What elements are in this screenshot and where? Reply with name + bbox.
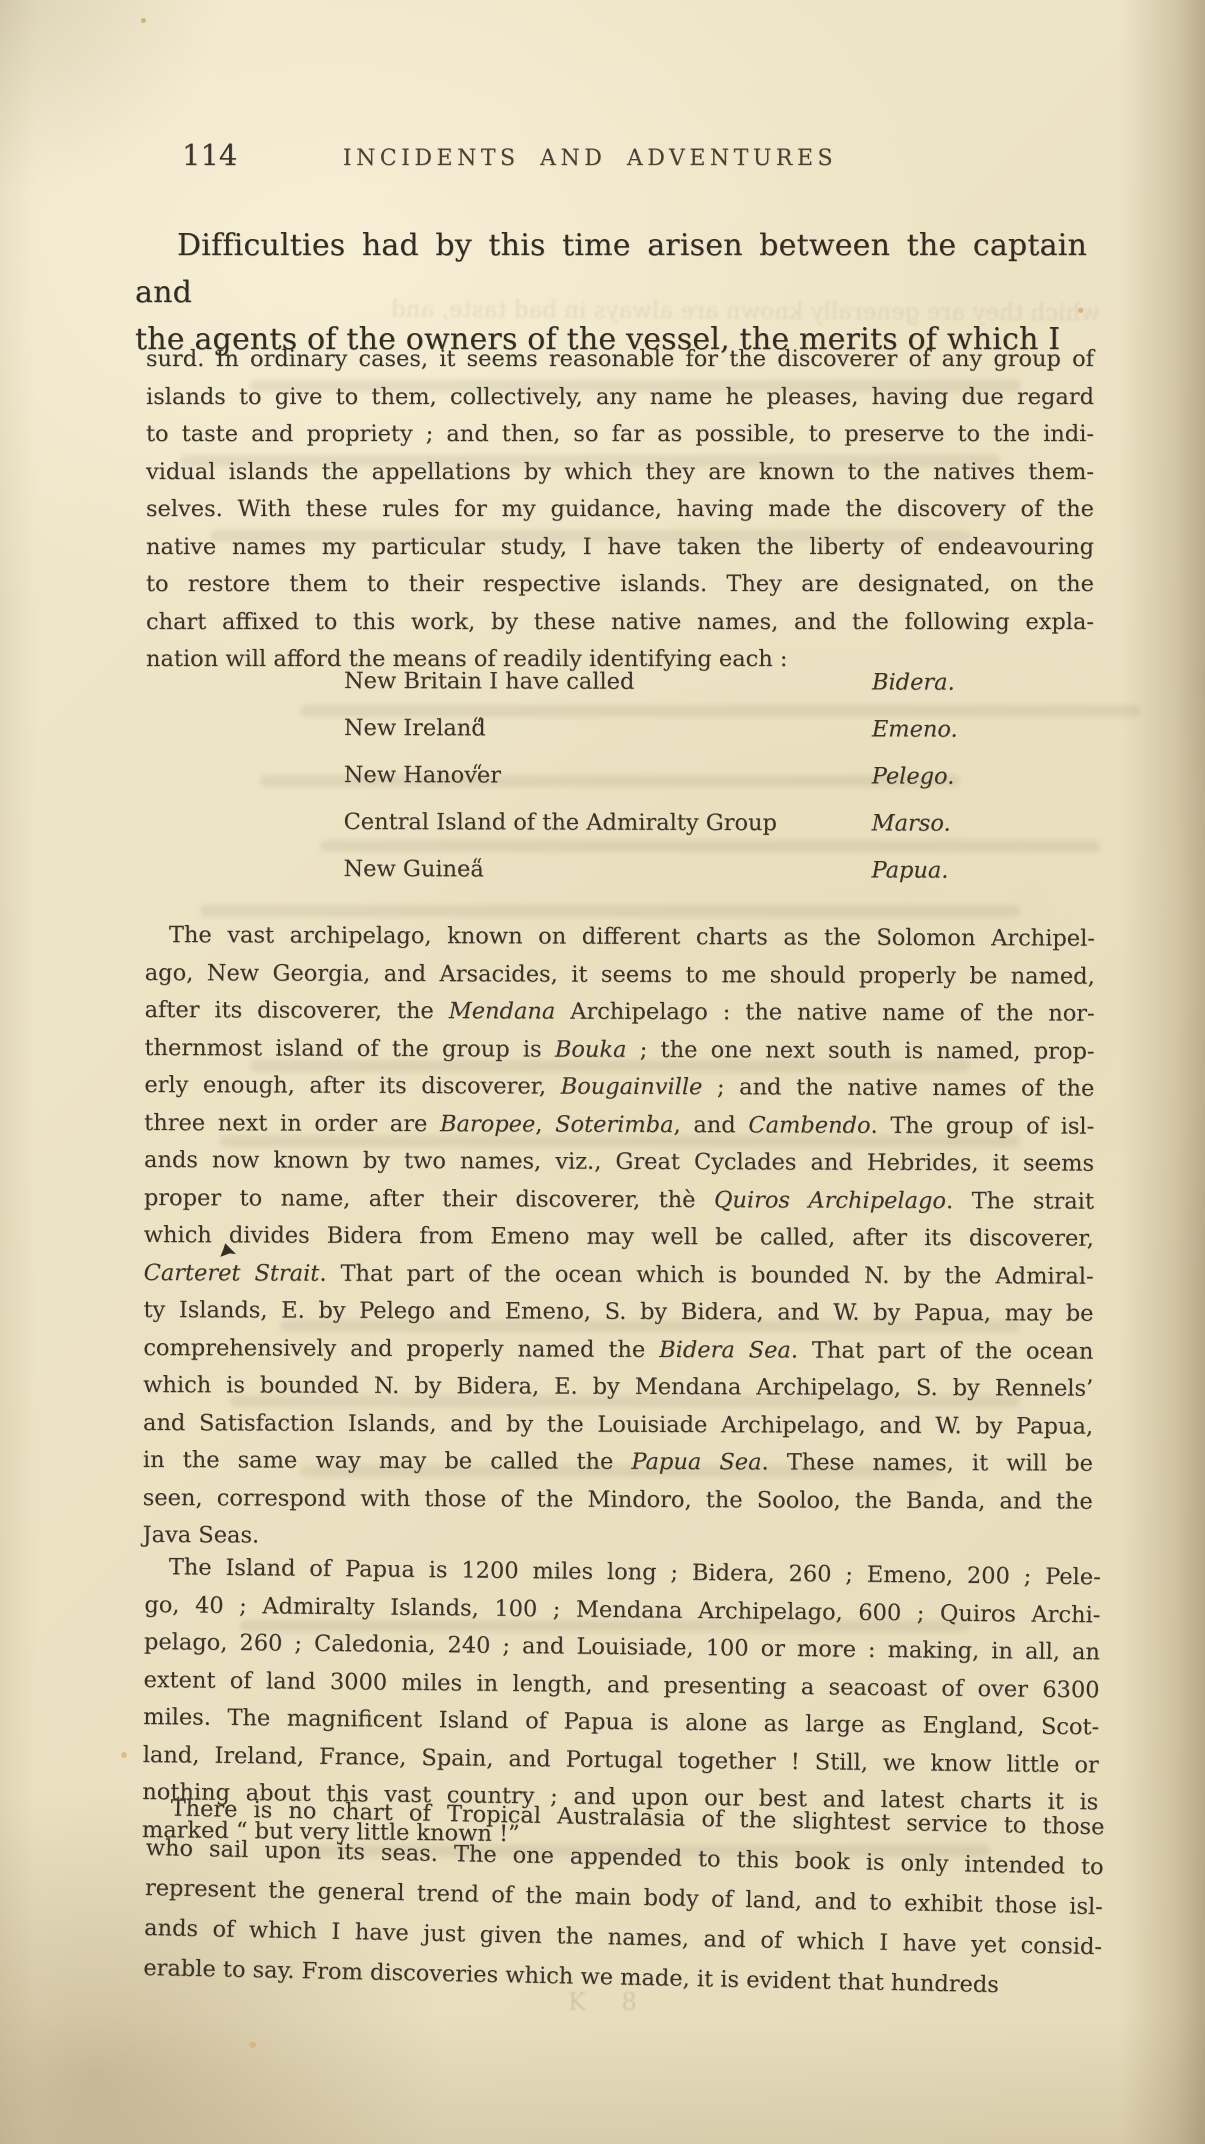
foxing-speck: [141, 18, 146, 23]
text-line: erly enough, after its discoverer, Bouga…: [144, 1067, 1094, 1108]
body-paragraph-1: surd. In ordinary cases, it seems reason…: [146, 341, 1094, 679]
island-native-name: Bidera.: [872, 669, 955, 695]
list-item: New Britain I have called Bidera.: [344, 668, 1104, 717]
foxing-speck: [249, 2042, 256, 2048]
island-native-name: Emeno.: [872, 716, 958, 742]
text-line: ago, New Georgia, and Arsacides, it seem…: [145, 954, 1095, 995]
text-line: to restore them to their respective isla…: [146, 566, 1094, 604]
text-line: vidual islands the appellations by which…: [146, 454, 1094, 492]
signature-mark-bleedthrough: K 8: [568, 1988, 651, 2016]
text-line: ands now known by two names, viz., Great…: [144, 1142, 1094, 1183]
text-line: comprehensively and properly named the B…: [143, 1329, 1093, 1370]
running-header: INCIDENTS AND ADVENTURES: [295, 146, 885, 171]
ditto-mark: “: [471, 854, 483, 878]
ditto-mark: “: [472, 760, 484, 784]
body-paragraph-4: There is no chart of Tropical Australasi…: [143, 1788, 1105, 2007]
text-line: selves. With these rules for my guidance…: [146, 491, 1094, 529]
text-line: native names my particular study, I have…: [146, 529, 1094, 567]
foxing-speck: [1078, 308, 1083, 313]
foxing-speck: [121, 1752, 127, 1758]
text-line: islands to give to them, collectively, a…: [146, 379, 1094, 417]
page-number: 114: [182, 138, 237, 172]
text-line: in the same way may be called the Papua …: [143, 1442, 1093, 1483]
island-native-name: Marso.: [872, 810, 951, 836]
island-name-list: New Britain I have called Bidera. New Ir…: [343, 668, 1104, 905]
ditto-mark: “: [472, 713, 484, 737]
body-paragraph-2: The vast archipelago, known on different…: [143, 917, 1095, 1558]
book-page-scan: which they are generally known are alway…: [0, 0, 1205, 2144]
island-english-name: Central Island of the Admiralty Group: [344, 809, 777, 836]
island-native-name: Papua.: [871, 857, 948, 883]
text-line: Difficulties had by this time arisen bet…: [135, 222, 1087, 316]
text-line: chart affixed to this work, by these nat…: [146, 604, 1094, 642]
text-line: thernmost island of the group is Bouka ;…: [144, 1029, 1094, 1070]
text-line: surd. In ordinary cases, it seems reason…: [146, 341, 1094, 379]
island-english-name: New Guinea: [343, 856, 483, 882]
island-english-name: New Britain I have called: [344, 668, 635, 695]
text-line: which divides Bidera from Emeno may well…: [144, 1217, 1094, 1258]
text-line: proper to name, after their discoverer, …: [144, 1179, 1094, 1220]
island-english-name: New Ireland: [344, 715, 486, 741]
list-item: New Guinea “ Papua.: [343, 856, 1103, 905]
list-item: New Hanover “ Pelego.: [344, 762, 1104, 811]
text-line: three next in order are Baropee, Soterim…: [144, 1104, 1094, 1145]
text-line: after its discoverer, the Mendana Archip…: [145, 992, 1095, 1033]
text-line: seen, correspond with those of the Mindo…: [143, 1479, 1093, 1520]
text-line: ty Islands, E. by Pelego and Emeno, S. b…: [143, 1292, 1093, 1333]
text-line: The vast archipelago, known on different…: [145, 917, 1095, 958]
text-line: to taste and propriety ; and then, so fa…: [146, 416, 1094, 454]
list-item: New Ireland “ Emeno.: [344, 715, 1104, 764]
text-line: which is bounded N. by Bidera, E. by Men…: [143, 1367, 1093, 1408]
list-item: Central Island of the Admiralty Group Ma…: [344, 809, 1104, 858]
bleedthrough-line: [200, 905, 1020, 917]
island-native-name: Pelego.: [872, 763, 955, 789]
text-line: Carteret Strait. That part of the ocean …: [144, 1254, 1094, 1295]
text-line: and Satisfaction Islands, and by the Lou…: [143, 1404, 1093, 1445]
